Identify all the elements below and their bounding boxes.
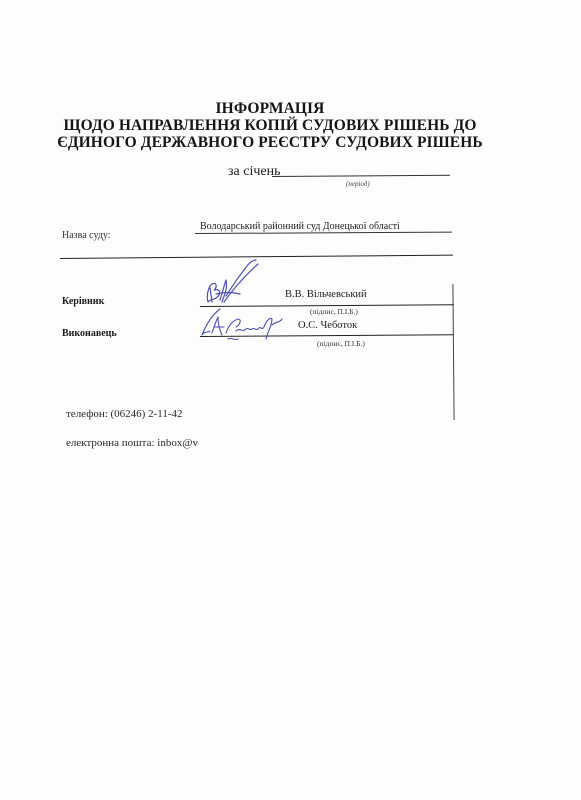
executor-signature-caption: (підпис, П.І.Б.) <box>317 339 365 348</box>
scanned-document-page: ІНФОРМАЦІЯ ЩОДО НАПРАВЛЕННЯ КОПІЙ СУДОВИ… <box>0 0 581 800</box>
head-name: В.В. Вільчевський <box>285 289 367 300</box>
document-title: ІНФОРМАЦІЯ <box>40 100 500 118</box>
executor-role-label: Виконавець <box>62 328 117 339</box>
executor-name: О.С. Чеботок <box>298 320 357 331</box>
vertical-border-line <box>452 284 454 420</box>
document-subtitle-line-2: ЄДИНОГО ДЕРЖАВНОГО РЕЄСТРУ СУДОВИХ РІШЕН… <box>40 134 500 152</box>
period-underline <box>272 175 450 177</box>
court-name-value: Володарський районний суд Донецької обла… <box>200 221 400 232</box>
head-signature-caption: (підпис, П.І.Б.) <box>310 307 358 316</box>
period-caption: (період) <box>346 180 370 188</box>
document-subtitle-line-1: ЩОДО НАПРАВЛЕННЯ КОПІЙ СУДОВИХ РІШЕНЬ ДО <box>40 117 500 135</box>
court-name-label: Назва суду: <box>62 230 111 241</box>
email-contact: електронна пошта: inbox@v <box>66 437 198 449</box>
executor-signature-line <box>200 334 454 337</box>
head-handwritten-signature-icon <box>200 258 270 310</box>
phone-contact: телефон: (06246) 2-11-42 <box>66 408 183 420</box>
executor-handwritten-signature-icon <box>198 305 293 345</box>
section-divider <box>60 255 453 259</box>
period-label: за січень <box>228 164 280 180</box>
head-role-label: Керівник <box>62 296 104 307</box>
court-name-underline <box>195 232 452 234</box>
